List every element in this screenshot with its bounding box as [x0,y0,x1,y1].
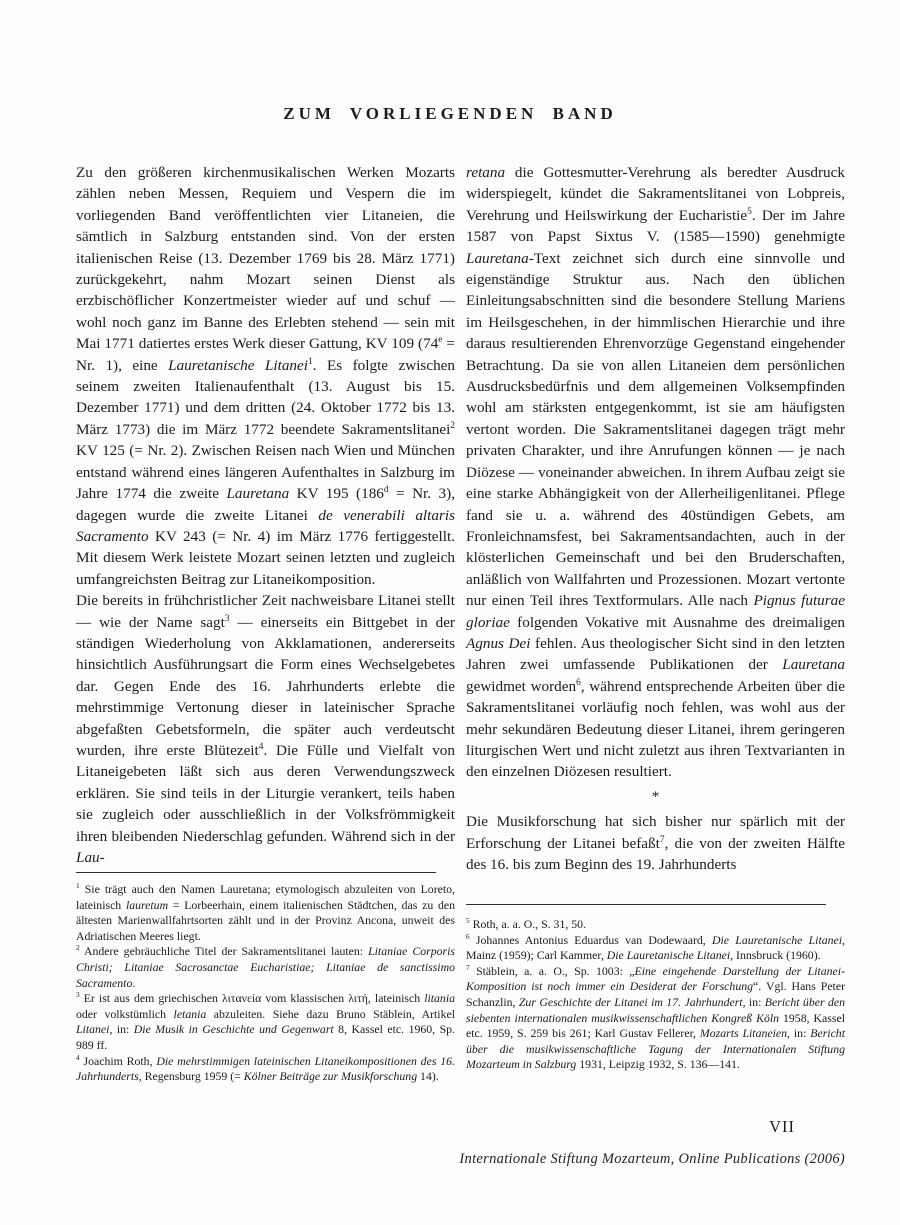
footnote: 3 Er ist aus dem griechischen λιτανεία v… [76,991,455,1053]
paragraph: Die bereits in frühchristlicher Zeit nac… [76,590,455,868]
right-footnotes: 5 Roth, a. a. O., S. 31, 50. 6 Johannes … [466,904,845,1073]
footnote: 4 Joachim Roth, Die mehrstimmigen latein… [76,1054,455,1085]
paragraph: Die Musikforschung hat sich bisher nur s… [466,811,845,875]
footnote: 7 Stäblein, a. a. O., Sp. 1003: „Eine ei… [466,964,845,1073]
page-title: ZUM VORLIEGENDEN BAND [0,104,900,124]
left-footnotes: 1 Sie trägt auch den Namen Lauretana; et… [76,872,455,1085]
footnote: 2 Andere gebräuchliche Titel der Sakrame… [76,944,455,991]
asterisk-separator: * [466,786,845,807]
page-number: VII [660,1117,795,1137]
footnote-divider [466,904,826,905]
footnote-divider [76,872,436,873]
left-column: Zu den größeren kirchenmusikalischen Wer… [76,162,455,868]
paragraph: Zu den größeren kirchenmusikalischen Wer… [76,162,455,590]
footnote: 5 Roth, a. a. O., S. 31, 50. [466,917,845,933]
right-column: retana die Gottesmutter-Verehrung als be… [466,162,845,875]
paragraph: retana die Gottesmutter-Verehrung als be… [466,162,845,783]
footnote: 1 Sie trägt auch den Namen Lauretana; et… [76,882,455,944]
footer-credit: Internationale Stiftung Mozarteum, Onlin… [300,1151,845,1168]
page: ZUM VORLIEGENDEN BAND Zu den größeren ki… [0,0,900,1225]
footnote: 6 Johannes Antonius Eduardus van Dodewaa… [466,933,845,964]
